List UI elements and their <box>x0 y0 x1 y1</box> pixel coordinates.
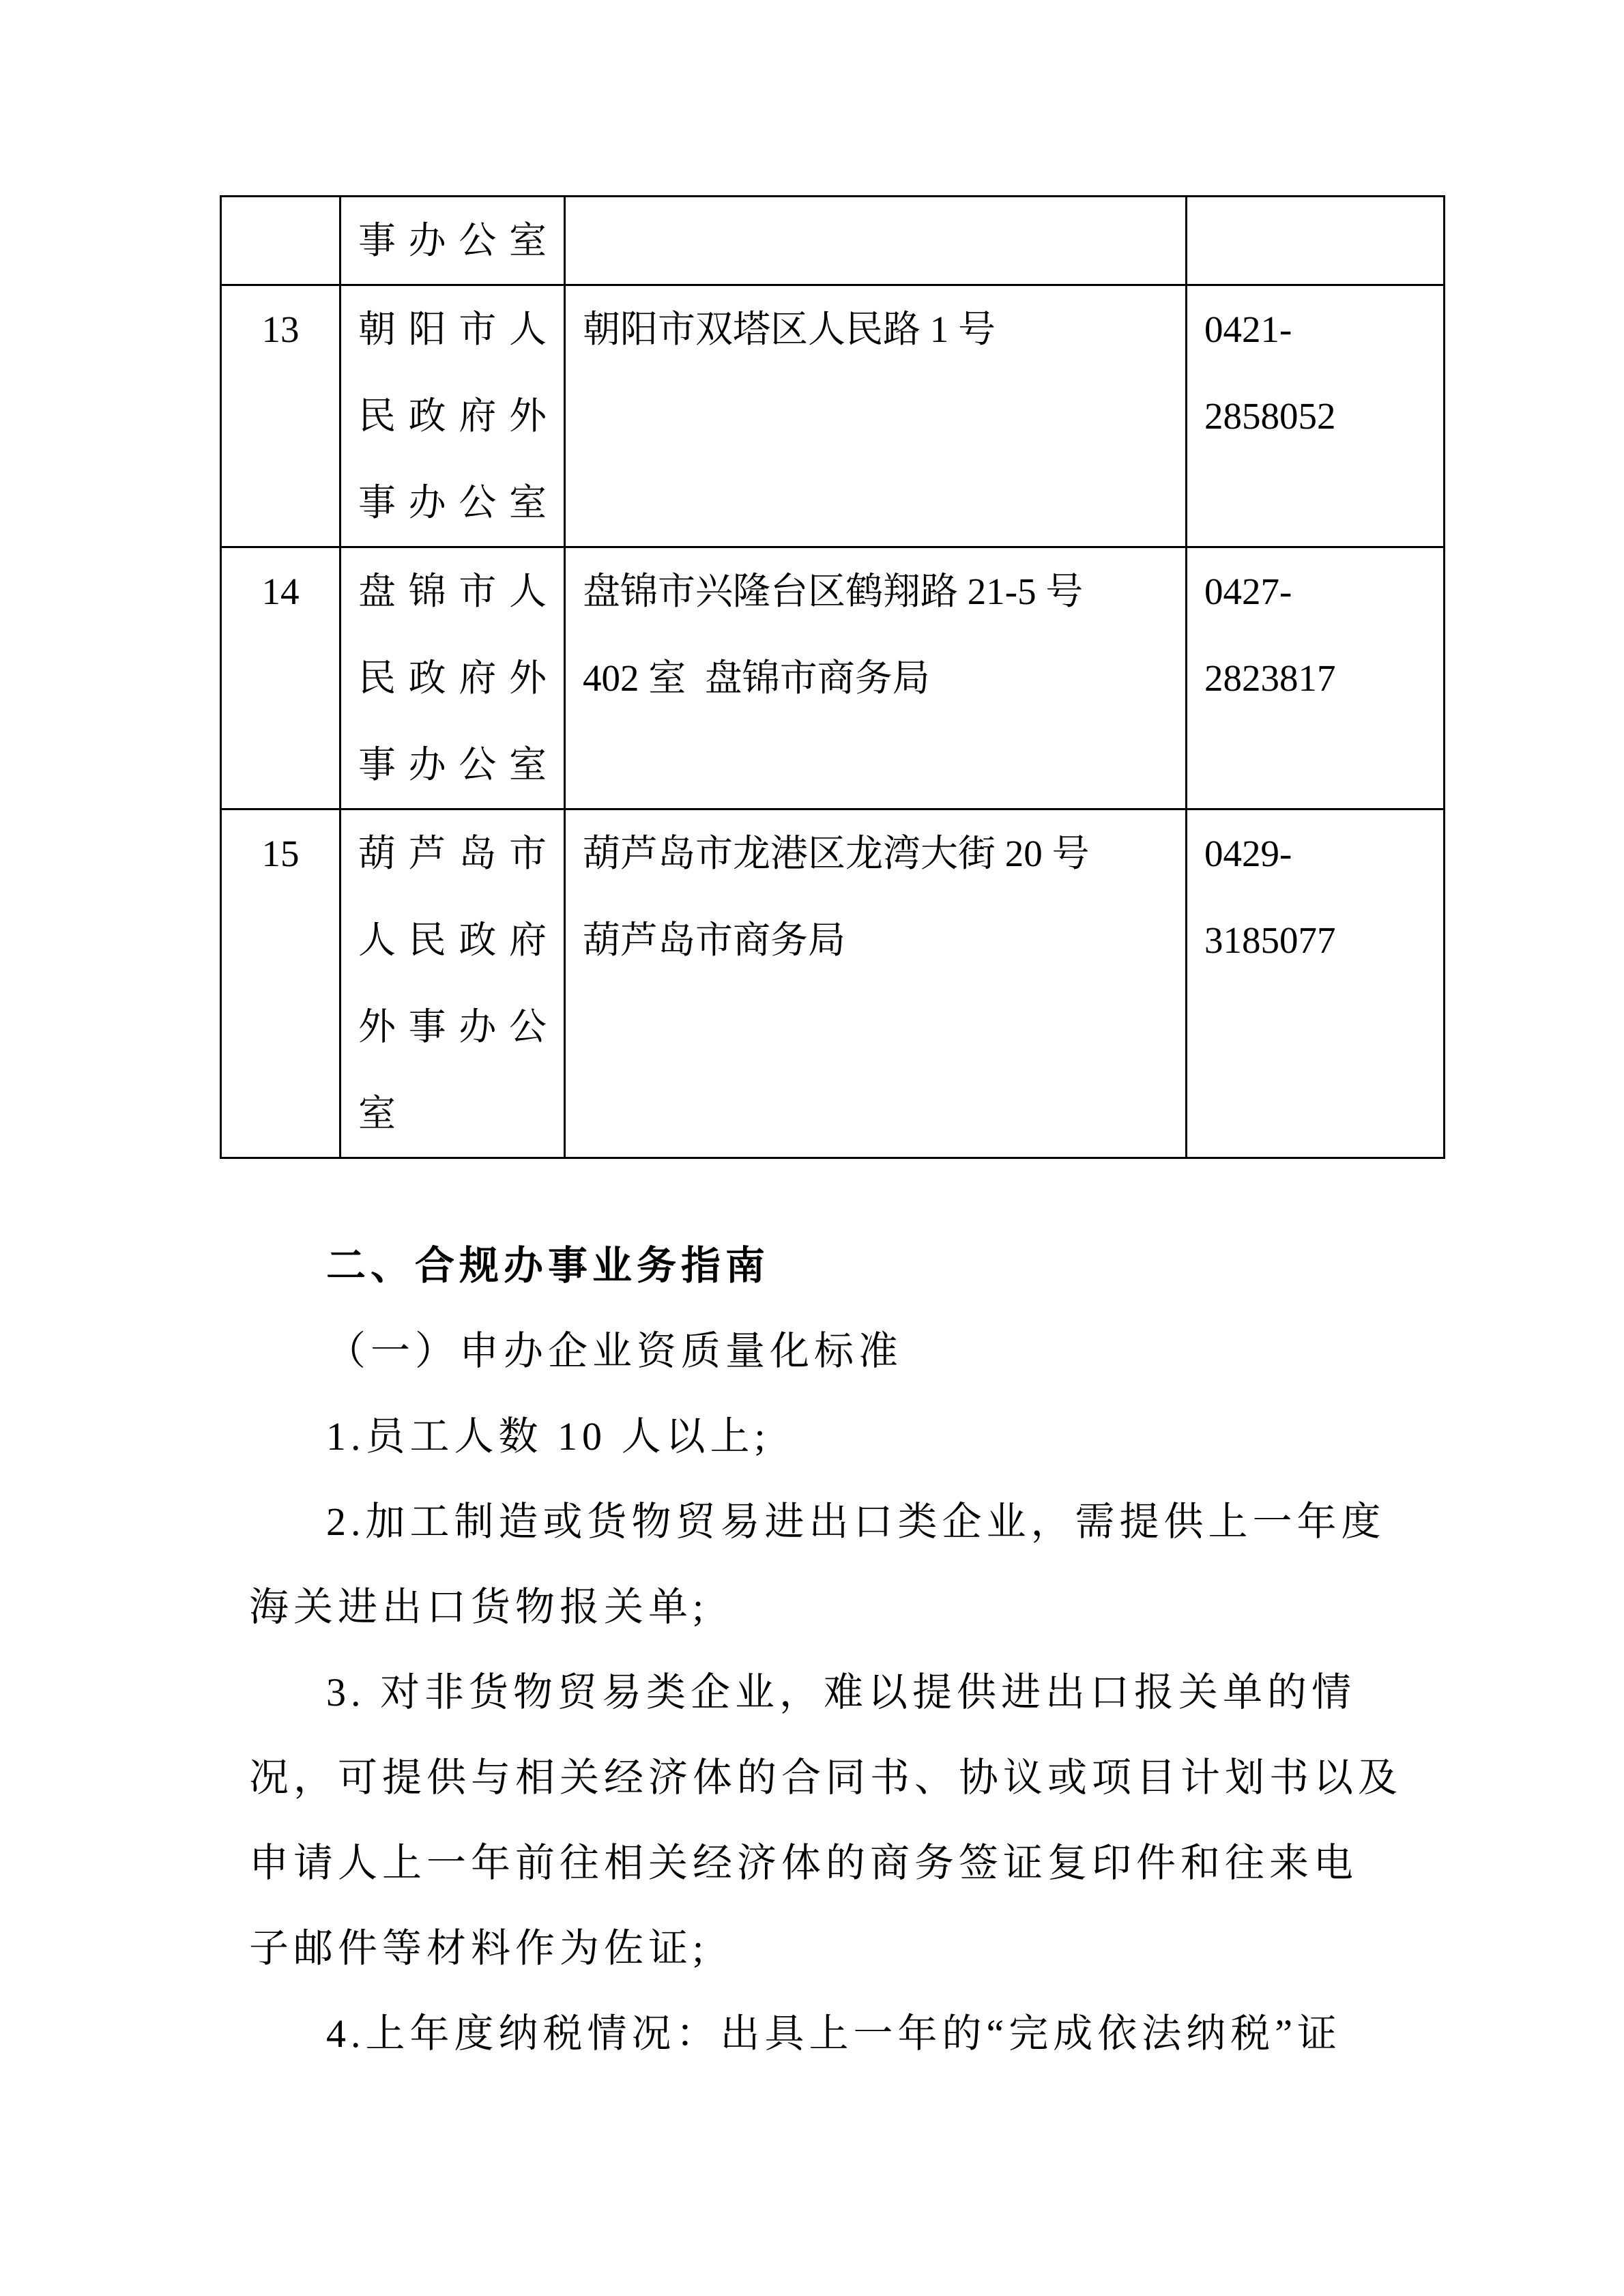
phone-cell: 0427-2823817 <box>1187 547 1445 809</box>
name-character: 公 <box>459 459 496 546</box>
body-text-block: 二、合规办事业务指南（一）申办企业资质量化标准1.员工人数 10 人以上;2.加… <box>249 1223 1382 2076</box>
address-cell: 葫芦岛市龙港区龙湾大街 20 号葫芦岛市商务局 <box>565 809 1187 1158</box>
name-character: 人 <box>509 548 547 635</box>
office-name-line: 民政府外 <box>358 635 547 721</box>
row-number-cell <box>221 197 340 285</box>
office-name-line: 朝阳市人 <box>358 286 547 373</box>
name-character: 市 <box>459 286 496 373</box>
body-line: 4.上年度纳税情况：出具上一年的“完成依法纳税”证 <box>249 1991 1382 2076</box>
phone-line: 2823817 <box>1204 635 1426 721</box>
phone-cell: 0429-3185077 <box>1187 809 1445 1158</box>
name-character: 事 <box>358 459 396 546</box>
office-name-line: 事办公室 <box>358 721 547 808</box>
name-character: 外 <box>358 984 396 1070</box>
carryover-row: 事办公室 <box>221 197 1445 285</box>
name-character: 公 <box>459 197 496 284</box>
address-line: 葫芦岛市商务局 <box>583 897 1168 984</box>
name-character: 办 <box>409 197 446 284</box>
name-character: 阳 <box>409 286 446 373</box>
name-character: 室 <box>509 197 547 284</box>
body-line: 况，可提供与相关经济体的合同书、协议或项目计划书以及 <box>249 1735 1382 1820</box>
name-character: 办 <box>409 721 446 808</box>
office-name-cell: 盘锦市人民政府外事办公室 <box>340 547 565 809</box>
office-contact-table-body: 事办公室13朝阳市人民政府外事办公室朝阳市双塔区人民路 1 号0421-2858… <box>221 197 1445 1158</box>
row-number-cell: 14 <box>221 547 340 809</box>
section-heading: 二、合规办事业务指南 <box>249 1223 1382 1308</box>
name-character: 民 <box>358 373 396 459</box>
phone-line: 0429- <box>1204 810 1426 897</box>
name-character: 民 <box>358 635 396 721</box>
name-character: 盘 <box>358 548 396 635</box>
name-character: 市 <box>459 548 496 635</box>
name-character: 事 <box>358 721 396 808</box>
body-line: 海关进出口货物报关单; <box>249 1564 1382 1650</box>
name-character: 办 <box>409 459 446 546</box>
address-cell: 朝阳市双塔区人民路 1 号 <box>565 285 1187 547</box>
body-line: 2.加工制造或货物贸易进出口类企业，需提供上一年度 <box>249 1479 1382 1564</box>
name-character: 公 <box>509 984 547 1070</box>
office-name-line: 盘锦市人 <box>358 548 547 635</box>
phone-line: 3185077 <box>1204 897 1426 984</box>
name-character: 市 <box>509 810 547 897</box>
office-name-line: 室 <box>358 1070 547 1157</box>
office-name-cell: 葫芦岛市人民政府外事办公室 <box>340 809 565 1158</box>
office-name-line: 外事办公 <box>358 984 547 1070</box>
name-character: 政 <box>459 897 496 984</box>
name-character: 事 <box>409 984 446 1070</box>
phone-line: 2858052 <box>1204 373 1426 459</box>
address-cell <box>565 197 1187 285</box>
name-character: 朝 <box>358 286 396 373</box>
table-row: 13朝阳市人民政府外事办公室朝阳市双塔区人民路 1 号0421-2858052 <box>221 285 1445 547</box>
body-line: 子邮件等材料作为佐证; <box>249 1906 1382 1991</box>
name-character: 府 <box>459 373 496 459</box>
body-line: （一）申办企业资质量化标准 <box>249 1308 1382 1394</box>
table-row: 14盘锦市人民政府外事办公室盘锦市兴隆台区鹤翔路 21-5 号402 室 盘锦市… <box>221 547 1445 809</box>
name-character: 室 <box>509 721 547 808</box>
office-name-line: 人民政府 <box>358 897 547 984</box>
office-contact-table: 事办公室13朝阳市人民政府外事办公室朝阳市双塔区人民路 1 号0421-2858… <box>220 195 1445 1159</box>
office-name-line: 民政府外 <box>358 373 547 459</box>
phone-cell: 0421-2858052 <box>1187 285 1445 547</box>
name-character: 办 <box>459 984 496 1070</box>
name-character: 外 <box>509 635 547 721</box>
office-name-line: 葫芦岛市 <box>358 810 547 897</box>
address-line: 朝阳市双塔区人民路 1 号 <box>583 286 1168 373</box>
phone-line: 0421- <box>1204 286 1426 373</box>
office-name-cell: 朝阳市人民政府外事办公室 <box>340 285 565 547</box>
document-page: 事办公室13朝阳市人民政府外事办公室朝阳市双塔区人民路 1 号0421-2858… <box>0 0 1624 2296</box>
name-character: 政 <box>409 373 446 459</box>
office-name-line: 事办公室 <box>358 197 547 284</box>
name-character: 外 <box>509 373 547 459</box>
address-line: 402 室 盘锦市商务局 <box>583 635 1168 721</box>
name-character: 政 <box>409 635 446 721</box>
address-cell: 盘锦市兴隆台区鹤翔路 21-5 号402 室 盘锦市商务局 <box>565 547 1187 809</box>
phone-line: 0427- <box>1204 548 1426 635</box>
name-character: 事 <box>358 197 396 284</box>
phone-cell <box>1187 197 1445 285</box>
name-character: 府 <box>509 897 547 984</box>
name-character: 人 <box>358 897 396 984</box>
office-name-line: 事办公室 <box>358 459 547 546</box>
body-line: 申请人上一年前往相关经济体的商务签证复印件和往来电 <box>249 1820 1382 1906</box>
name-character: 府 <box>459 635 496 721</box>
row-number-cell: 13 <box>221 285 340 547</box>
name-character: 室 <box>358 1070 396 1157</box>
body-line: 1.员工人数 10 人以上; <box>249 1394 1382 1479</box>
name-character: 人 <box>509 286 547 373</box>
office-name-cell: 事办公室 <box>340 197 565 285</box>
name-character: 民 <box>409 897 446 984</box>
body-line: 3. 对非货物贸易类企业，难以提供进出口报关单的情 <box>249 1650 1382 1735</box>
row-number-cell: 15 <box>221 809 340 1158</box>
address-line: 盘锦市兴隆台区鹤翔路 21-5 号 <box>583 548 1168 635</box>
address-line: 葫芦岛市龙港区龙湾大街 20 号 <box>583 810 1168 897</box>
name-character: 公 <box>459 721 496 808</box>
name-character: 葫 <box>358 810 396 897</box>
name-character: 锦 <box>409 548 446 635</box>
table-row: 15葫芦岛市人民政府外事办公室葫芦岛市龙港区龙湾大街 20 号葫芦岛市商务局04… <box>221 809 1445 1158</box>
name-character: 芦 <box>409 810 446 897</box>
name-character: 室 <box>509 459 547 546</box>
name-character: 岛 <box>459 810 496 897</box>
